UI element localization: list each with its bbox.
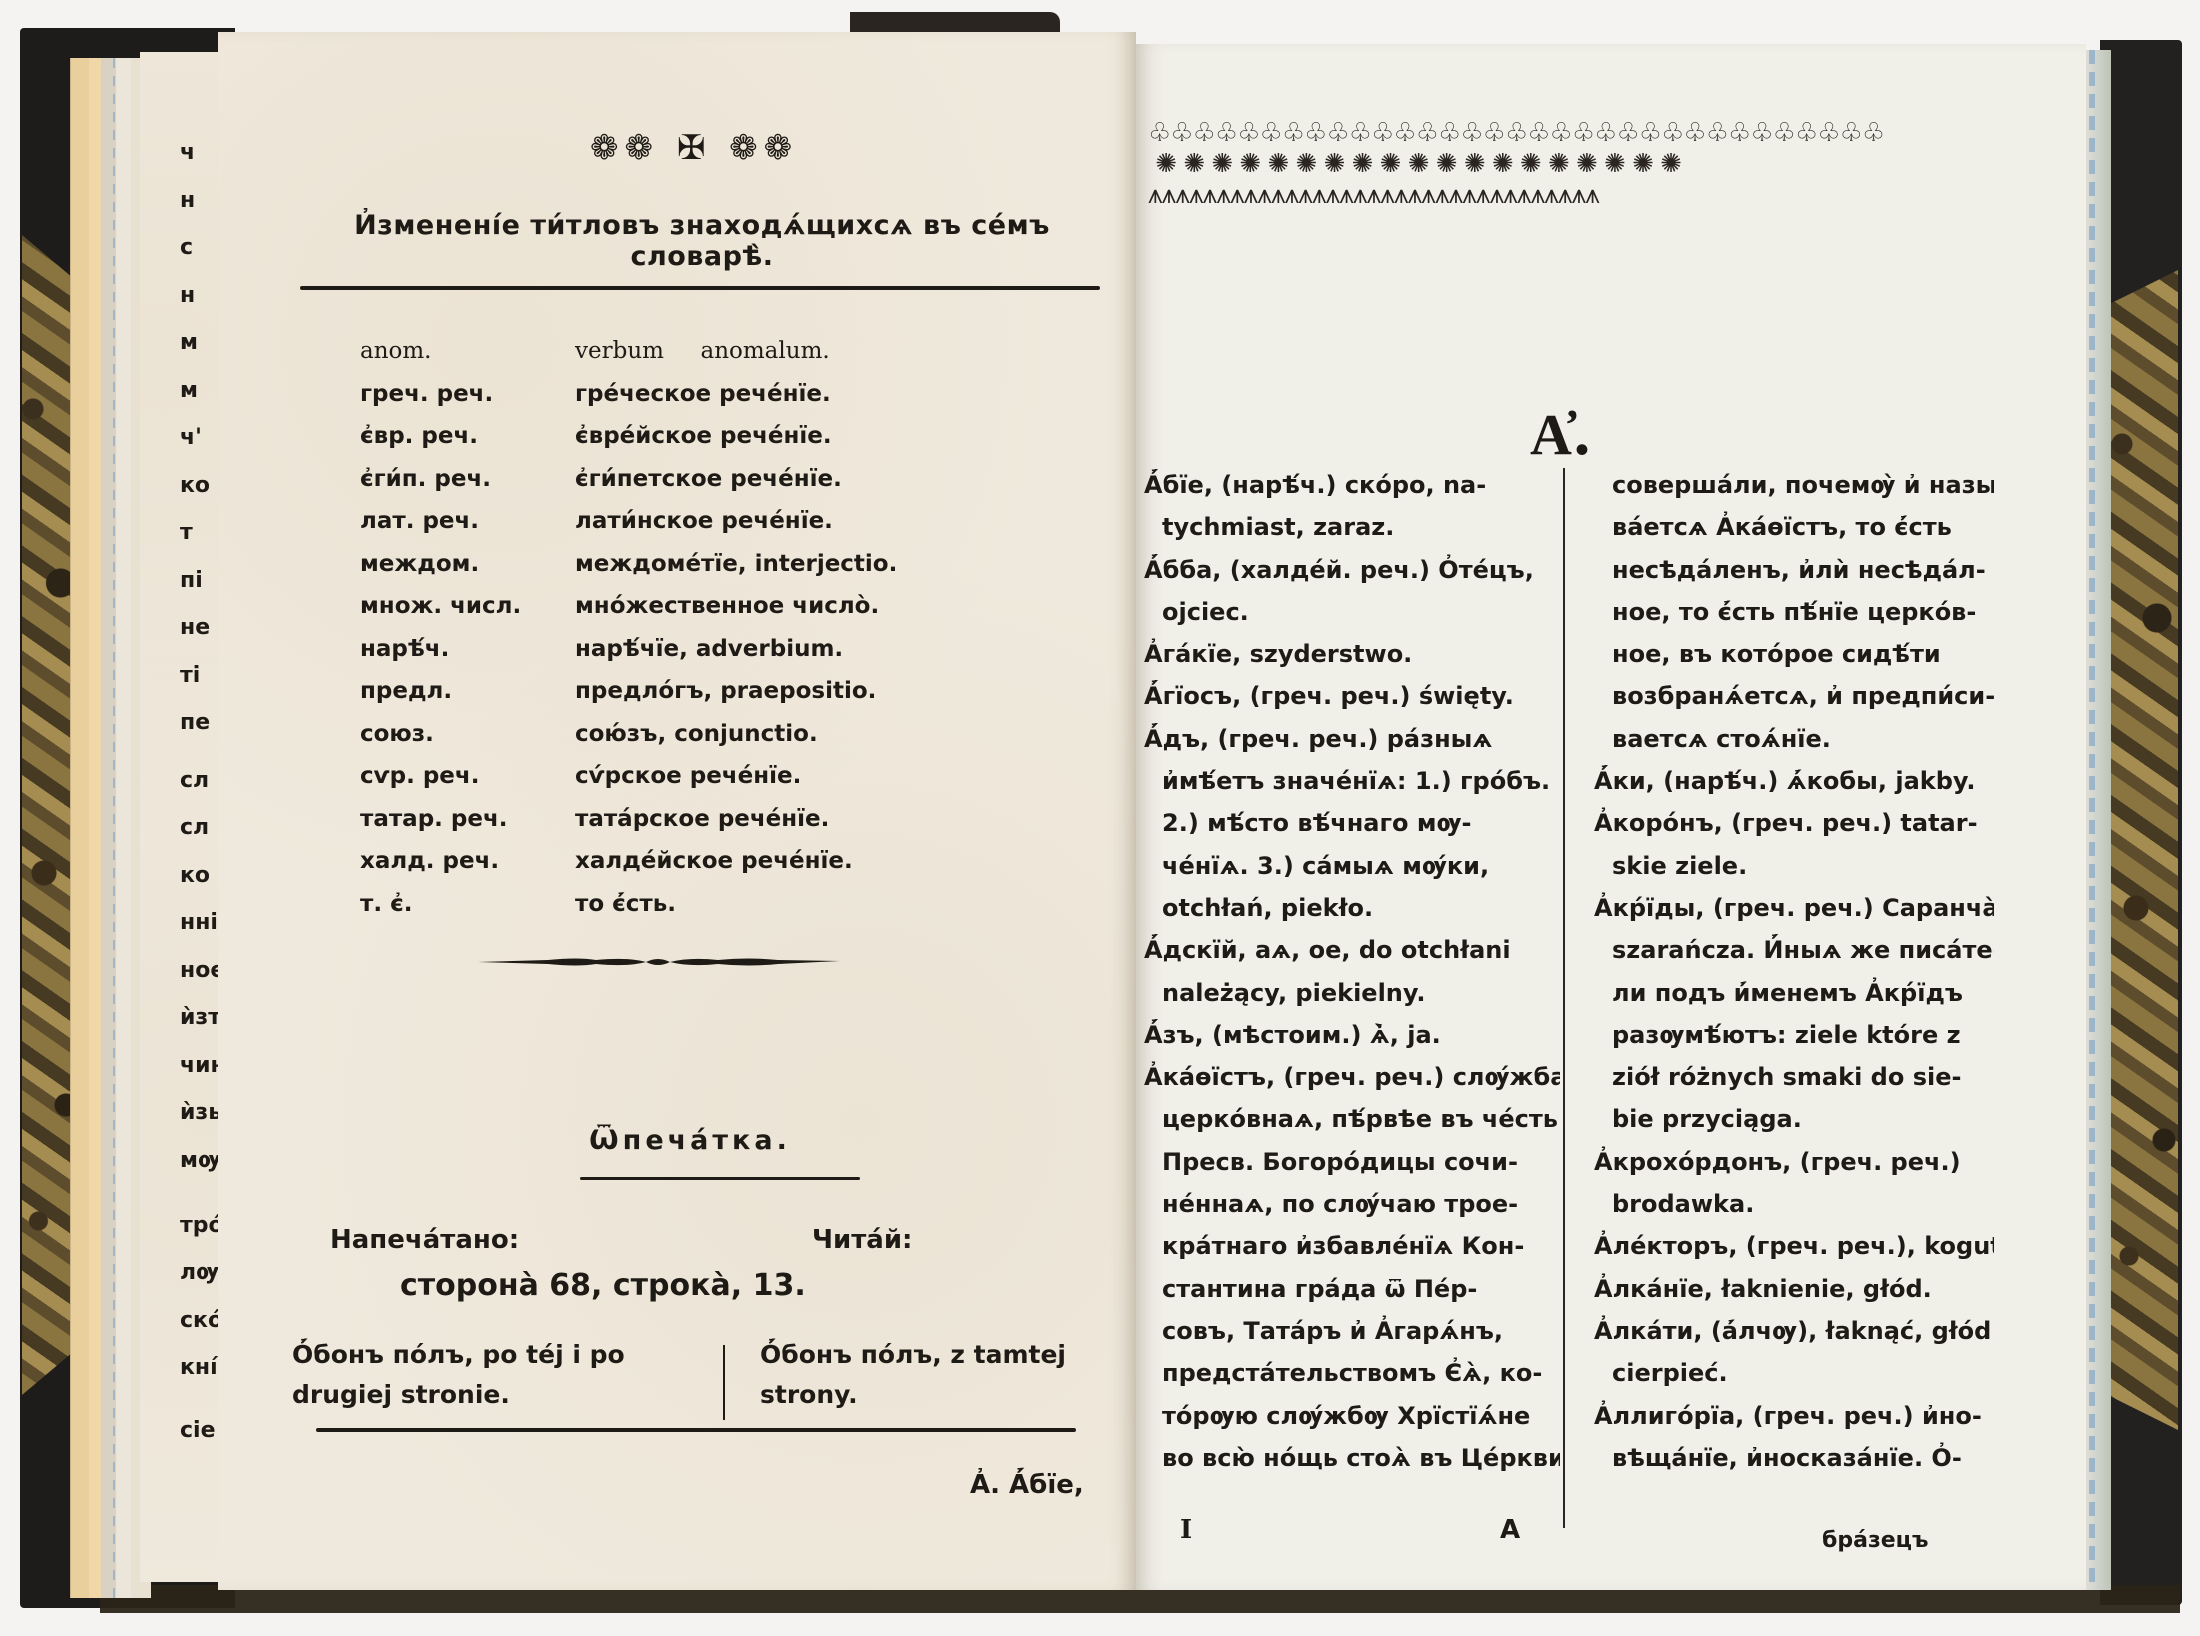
entry-continuation: вѣща́нїе, и҆носказа́нїе. О҆- (1594, 1437, 1994, 1479)
entry-continuation: че́нїѧ. 3.) са́мыѧ мѹ́ки, (1144, 845, 1560, 887)
abbreviation-row: междом.междоме́тїе, interjectio. (360, 543, 980, 586)
abbreviation-meaning: гре́ческое рече́нїе. (575, 381, 980, 407)
dictionary-entry: А҆кроxо́рдонъ, (греч. реч.) (1594, 1141, 1994, 1183)
abbreviation-meaning: лати́нское рече́нїе. (575, 508, 980, 534)
abbreviation-key: междом. (360, 551, 575, 577)
dictionary-entry: А҆ле́кторъ, (греч. реч.), kogut. (1594, 1225, 1994, 1267)
abbreviation-meaning: verbum anomalum. (575, 338, 980, 364)
signature-mark: I (1180, 1515, 1192, 1545)
entry-continuation: разѹмѣ́ютъ: ziele które z (1594, 1014, 1994, 1056)
ornament-headpiece: ❁❁ ✠ ❁❁ (590, 128, 798, 168)
catchword-left: А҆. А҆́бїе, (970, 1470, 1084, 1500)
entry-continuation: несѣда́ленъ, и҆лѝ несѣда́л- (1594, 549, 1994, 591)
dictionary-entry: А҆ллиго́рїа, (греч. реч.) и҆но- (1594, 1395, 1994, 1437)
abbreviation-row: є҆вр. реч.є҆вре́йское рече́нїе. (360, 415, 980, 458)
ornamental-border-band: ♧♧♧♧♧♧♧♧♧♧♧♧♧♧♧♧♧♧♧♧♧♧♧♧♧♧♧♧♧♧♧♧♧ ✺ ✺ ✺ … (1148, 118, 1973, 211)
dictionary-entry: А҆лка́нїе, łaknienie, głód. (1594, 1268, 1994, 1310)
ornament-row-rosette: ✺ ✺ ✺ ✺ ✺ ✺ ✺ ✺ ✺ ✺ ✺ ✺ ✺ ✺ ✺ ✺ ✺ ✺ ✺ (1148, 149, 1973, 180)
entry-continuation: и҆мѣ́етъ значе́нїѧ: 1.) гро́бъ. (1144, 760, 1560, 802)
abbreviation-row: халд. реч.халде́йское рече́нїе. (360, 840, 980, 883)
entry-continuation: стантина гра́да ѿ Пе́р- (1144, 1268, 1560, 1310)
errata-printed-text: О҆́бонъ по́лъ, po téj i po drugiej stron… (292, 1335, 712, 1415)
dictionary-entry: А҆́дъ, (греч. реч.) ра́зныѧ (1144, 718, 1560, 760)
dictionary-entry: А҆кр́їды, (греч. реч.) Саранча̀, (1594, 887, 1994, 929)
abbreviation-key: anom. (360, 338, 575, 364)
dictionary-entry: А҆́зъ, (мѣстоим.) ѧ҆̀, ja. (1144, 1014, 1560, 1056)
ornament-row-bells: ⩚⩚⩚⩚⩚⩚⩚⩚⩚⩚⩚⩚⩚⩚⩚⩚⩚⩚⩚⩚⩚⩚⩚⩚⩚⩚⩚⩚⩚⩚⩚⩚⩚ (1148, 180, 1973, 211)
section-letter: А҆. (1530, 400, 1592, 468)
abbreviation-row: є҆ги́п. реч.є҆ги́петское рече́нїе. (360, 458, 980, 501)
abbreviation-key: множ. числ. (360, 593, 575, 619)
entry-continuation: возбранѧ́етсѧ, и҆ предпи́си- (1594, 675, 1994, 717)
errata-column-divider (723, 1345, 725, 1420)
entry-continuation: skie ziele. (1594, 845, 1994, 887)
dictionary-entry: А҆коро́нъ, (греч. реч.) tatar- (1594, 802, 1994, 844)
abbreviation-key: є҆вр. реч. (360, 423, 575, 449)
abbreviation-key: нарѣ́ч. (360, 636, 575, 662)
entry-continuation: szarańcza. И҆́ныѧ же писа́те- (1594, 929, 1994, 971)
entry-continuation: ваетсѧ стоѧ́нїе. (1594, 718, 1994, 760)
abbreviation-row: т. є҆.то є҆́сть. (360, 883, 980, 926)
abbreviation-meaning: то є҆́сть. (575, 891, 980, 917)
spine-top (850, 12, 1060, 34)
abbreviation-row: множ. числ.мно́жественное число̀. (360, 585, 980, 628)
errata-printed-label: Напеча́тано: (330, 1225, 519, 1255)
entry-continuation: ли подъ и҆́менемъ А҆кр́їдъ (1594, 972, 1994, 1014)
heading-rule (300, 286, 1100, 290)
abbreviation-row: союз.сою́зъ, conjunctio. (360, 713, 980, 756)
page-edges-left (70, 58, 151, 1598)
dictionary-entry: А҆́ки, (нарѣ́ч.) ѧ҆́кобы, jakby. (1594, 760, 1994, 802)
abbreviation-meaning: сою́зъ, conjunctio. (575, 721, 980, 747)
dictionary-entry: А҆́бба, (халде́й. реч.) О҆те́цъ, (1144, 549, 1560, 591)
abbreviation-key: предл. (360, 678, 575, 704)
entry-continuation: należący, piekielny. (1144, 972, 1560, 1014)
entry-continuation: то́рѹю слѹ́жбѹ Хрїстїѧ́не (1144, 1395, 1560, 1437)
abbreviation-meaning: є҆ги́петское рече́нїе. (575, 466, 980, 492)
entry-continuation: совъ, Тата́ръ и҆ А҆гарѧ́нъ, (1144, 1310, 1560, 1352)
entry-continuation: tychmiast, zaraz. (1144, 506, 1560, 548)
signature-letter: А (1500, 1515, 1520, 1545)
abbreviation-row: anom.verbum anomalum. (360, 330, 980, 373)
entry-continuation: bie przyciąga. (1594, 1098, 1994, 1140)
errata-bottom-rule (316, 1428, 1076, 1432)
abbreviation-row: предл.предло́гъ, praepositio. (360, 670, 980, 713)
errata-location: сторона̀ 68, строка̀, 13. (400, 1268, 806, 1303)
entry-continuation: кра́тнаго и҆збавле́нїѧ Кон- (1144, 1225, 1560, 1267)
abbreviation-key: сѵр. реч. (360, 763, 575, 789)
entry-continuation: церко́внаѧ, пѣ́рвѣе въ че́сть (1144, 1098, 1560, 1140)
abbreviation-meaning: є҆вре́йское рече́нїе. (575, 423, 980, 449)
abbreviation-row: сѵр. реч.сѵ́рское рече́нїе. (360, 755, 980, 798)
dictionary-entry: А҆́дскїй, аѧ, ое, do otchłani (1144, 929, 1560, 971)
abbreviation-key: татар. реч. (360, 806, 575, 832)
entry-continuation: ziół różnych smaki do sie- (1594, 1056, 1994, 1098)
errata-title: Ѿпеча́тка. (540, 1125, 840, 1156)
ornament-row-trefoil: ♧♧♧♧♧♧♧♧♧♧♧♧♧♧♧♧♧♧♧♧♧♧♧♧♧♧♧♧♧♧♧♧♧ (1148, 118, 1973, 149)
flourish-divider (478, 955, 840, 969)
abbreviation-meaning: тата́рское рече́нїе. (575, 806, 980, 832)
entry-continuation: соверша́ли, почемѹ̀ и҆ назы- (1594, 464, 1994, 506)
abbreviation-key: є҆ги́п. реч. (360, 466, 575, 492)
marbled-cover-right (2108, 270, 2178, 1430)
abbreviation-key: союз. (360, 721, 575, 747)
abbreviation-key: лат. реч. (360, 508, 575, 534)
abbreviation-row: нарѣ́ч.нарѣ́чїе, adverbium. (360, 628, 980, 671)
abbreviation-key: греч. реч. (360, 381, 575, 407)
abbreviation-meaning: предло́гъ, praepositio. (575, 678, 980, 704)
abbreviation-meaning: мно́жественное число̀. (575, 593, 980, 619)
entry-continuation: предста́тельствомъ Є҆ѧ̀, ко- (1144, 1352, 1560, 1394)
abbreviation-row: татар. реч.тата́рское рече́нїе. (360, 798, 980, 841)
entry-continuation: ное, то є҆́сть пѣ́нїе церко́в- (1594, 591, 1994, 633)
abbreviation-table: anom.verbum anomalum.греч. реч.гре́ческо… (360, 330, 980, 925)
entry-continuation: ojciec. (1144, 591, 1560, 633)
errata-read-text: О҆́бонъ по́лъ, z tamtej strony. (760, 1335, 1090, 1415)
abbreviation-meaning: халде́йское рече́нїе. (575, 848, 980, 874)
entry-continuation: во всю̀ но́щь стоѧ̀ въ Це́ркви (1144, 1437, 1560, 1479)
abbreviation-meaning: междоме́тїе, interjectio. (575, 551, 980, 577)
dictionary-entry: А҆ка́ѳїстъ, (греч. реч.) слѹ́жба (1144, 1056, 1560, 1098)
entry-continuation: ва́етсѧ А҆ка́ѳїстъ, то є҆́сть (1594, 506, 1994, 548)
page-edges-right (2083, 50, 2111, 1590)
entry-continuation: cierpieć. (1594, 1352, 1994, 1394)
page-heading: И҆зменені́е ти́тловъ знаходѧ́щихсѧ въ се… (292, 210, 1112, 272)
dictionary-column-left: А҆́бїе, (нарѣ́ч.) ско́ро, na-tychmiast, … (1144, 464, 1560, 1479)
marbled-cover-left (22, 235, 77, 1395)
dictionary-entry: А҆лка́ти, (а҆́лчѹ), łaknąć, głód (1594, 1310, 1994, 1352)
dictionary-entry: А҆́бїе, (нарѣ́ч.) ско́ро, na- (1144, 464, 1560, 506)
errata-rule (580, 1177, 860, 1180)
dictionary-entry: А҆́гїосъ, (греч. реч.) święty. (1144, 675, 1560, 717)
errata-read-label: Чита́й: (812, 1225, 912, 1255)
entry-continuation: otchłań, piekło. (1144, 887, 1560, 929)
dictionary-entry: А҆га́кїе, szyderstwo. (1144, 633, 1560, 675)
abbreviation-row: греч. реч.гре́ческое рече́нїе. (360, 373, 980, 416)
entry-continuation: Пресв. Богоро́дицы сочи- (1144, 1141, 1560, 1183)
entry-continuation: brodawka. (1594, 1183, 1994, 1225)
entry-continuation: не́ннаѧ, по слѹ́чаю трое- (1144, 1183, 1560, 1225)
catchword-right: бра́зецъ (1822, 1528, 1929, 1553)
entry-continuation: ное, въ кото́рое сидѣ́ти (1594, 633, 1994, 675)
abbreviation-meaning: нарѣ́чїе, adverbium. (575, 636, 980, 662)
dictionary-column-right: соверша́ли, почемѹ̀ и҆ назы-ва́етсѧ А҆ка… (1594, 464, 1994, 1479)
abbreviation-meaning: сѵ́рское рече́нїе. (575, 763, 980, 789)
abbreviation-key: т. є҆. (360, 891, 575, 917)
column-divider (1563, 468, 1565, 1528)
abbreviation-key: халд. реч. (360, 848, 575, 874)
entry-continuation: 2.) мѣ́сто вѣ́чнаго мѹ- (1144, 802, 1560, 844)
abbreviation-row: лат. реч.лати́нское рече́нїе. (360, 500, 980, 543)
